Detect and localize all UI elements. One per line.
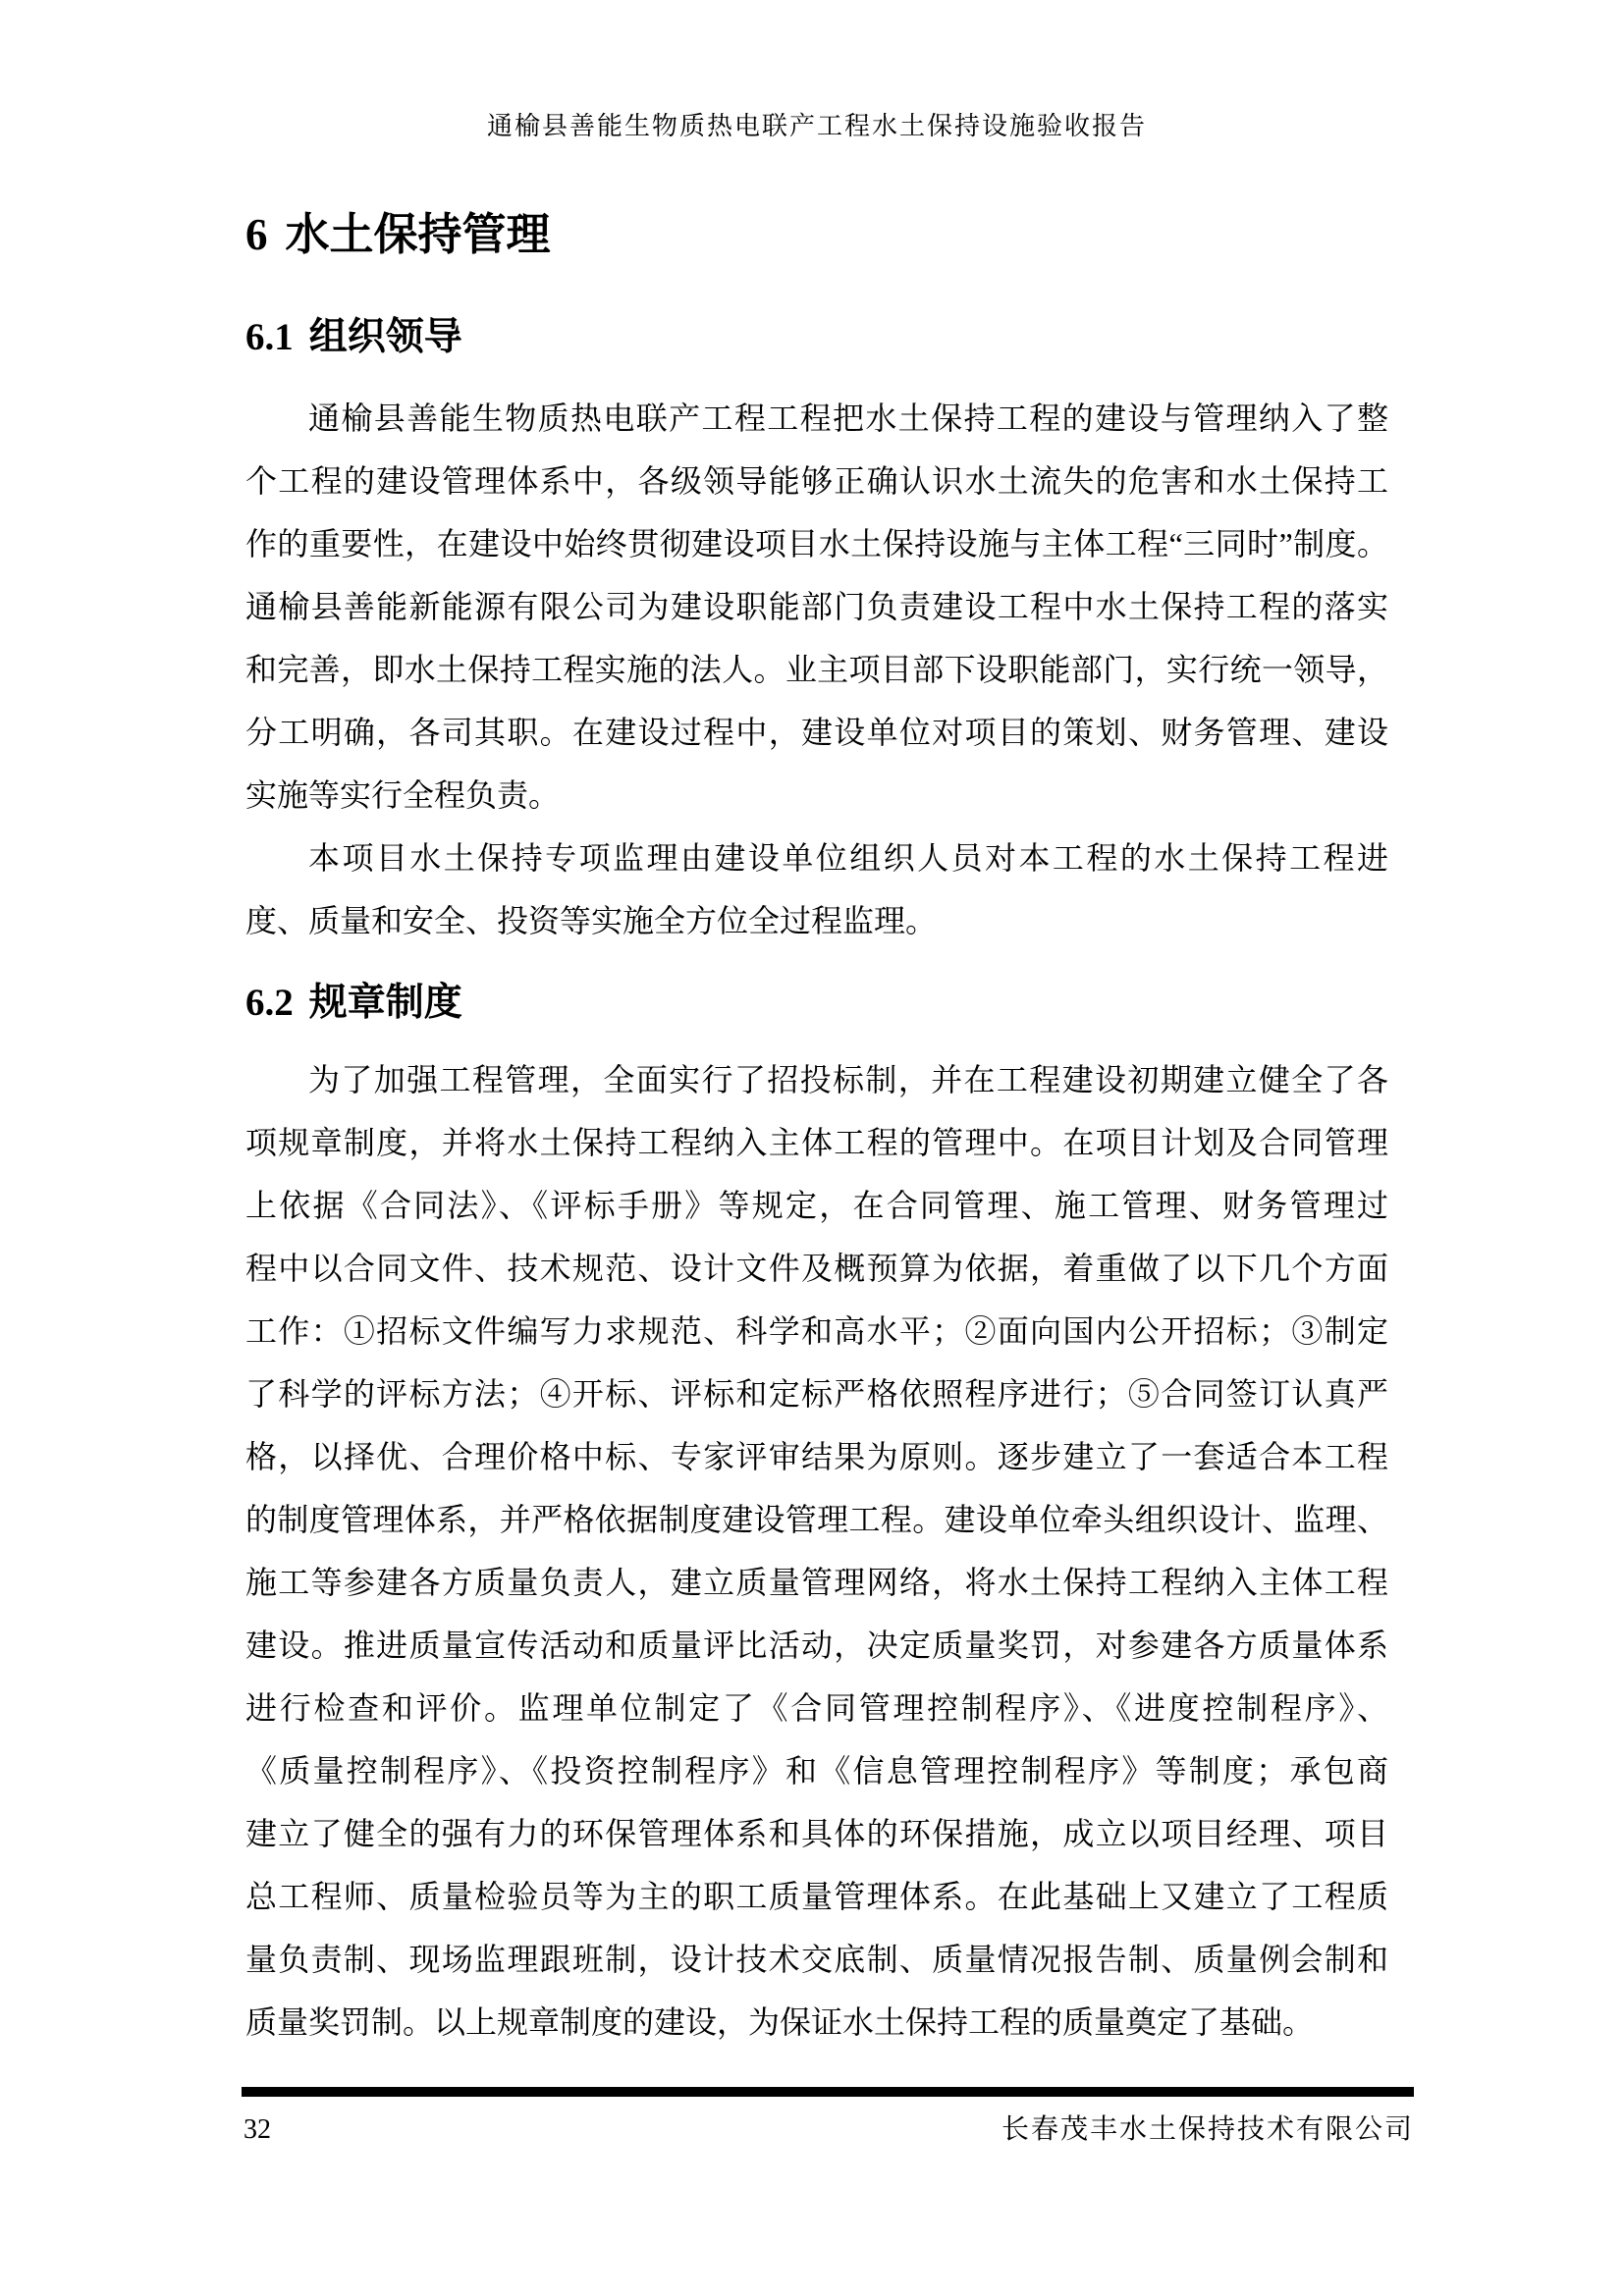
section-heading-6-1: 6.1组织领导: [245, 315, 1388, 360]
text-line: 施工等参建各方质量负责人，建立质量管理网络，将水土保持工程纳入主体工程: [245, 1551, 1388, 1614]
page-header: 通榆县善能生物质热电联产工程水土保持设施验收报告: [245, 110, 1388, 143]
chapter-number: 6: [245, 210, 268, 259]
text-line: 本项目水土保持专项监理由建设单位组织人员对本工程的水土保持工程进: [245, 827, 1388, 889]
footer-rule: [242, 2087, 1414, 2097]
section-heading-6-2: 6.2规章制度: [245, 981, 1388, 1026]
section-6-2-body: 为了加强工程管理，全面实行了招投标制，并在工程建设初期建立健全了各 项规章制度，…: [245, 1048, 1388, 2054]
text-line: 和完善，即水土保持工程实施的法人。业主项目部下设职能部门，实行统一领导，: [245, 638, 1388, 701]
text-line: 量负责制、现场监理跟班制，设计技术交底制、质量情况报告制、质量例会制和: [245, 1928, 1388, 1991]
section-number: 6.1: [245, 316, 294, 358]
page-footer: 32 长春茂丰水土保持技术有限公司: [242, 2110, 1414, 2150]
section-title: 组织领导: [309, 316, 462, 358]
text-line: 作的重要性，在建设中始终贯彻建设项目水土保持设施与主体工程“三同时”制度。: [245, 512, 1388, 575]
text-line: 通榆县善能生物质热电联产工程工程把水土保持工程的建设与管理纳入了整: [245, 387, 1388, 450]
text-line: 《质量控制程序》、《投资控制程序》和《信息管理控制程序》等制度；承包商: [245, 1739, 1388, 1802]
paragraph: 为了加强工程管理，全面实行了招投标制，并在工程建设初期建立健全了各 项规章制度，…: [245, 1048, 1388, 2054]
text-line: 总工程师、质量检验员等为主的职工质量管理体系。在此基础上又建立了工程质: [245, 1865, 1388, 1928]
text-line: 为了加强工程管理，全面实行了招投标制，并在工程建设初期建立健全了各: [245, 1048, 1388, 1111]
text-line: 项规章制度，并将水土保持工程纳入主体工程的管理中。在项目计划及合同管理: [245, 1111, 1388, 1174]
document-page: { "page_header": { "title": "通榆县善能生物质热电联…: [0, 0, 1624, 2296]
text-line: 分工明确，各司其职。在建设过程中，建设单位对项目的策划、财务管理、建设: [245, 701, 1388, 764]
paragraph: 通榆县善能生物质热电联产工程工程把水土保持工程的建设与管理纳入了整 个工程的建设…: [245, 387, 1388, 827]
text-line: 的制度管理体系，并严格依据制度建设管理工程。建设单位牵头组织设计、监理、: [245, 1488, 1388, 1551]
text-line: 上依据《合同法》、《评标手册》等规定，在合同管理、施工管理、财务管理过: [245, 1174, 1388, 1237]
paragraph: 本项目水土保持专项监理由建设单位组织人员对本工程的水土保持工程进 度、质量和安全…: [245, 827, 1388, 952]
section-title: 规章制度: [309, 982, 462, 1024]
section-6-1-body: 通榆县善能生物质热电联产工程工程把水土保持工程的建设与管理纳入了整 个工程的建设…: [245, 387, 1388, 952]
page-number: 32: [242, 2110, 271, 2150]
section-number: 6.2: [245, 982, 294, 1024]
text-line: 个工程的建设管理体系中，各级领导能够正确认识水土流失的危害和水土保持工: [245, 450, 1388, 512]
chapter-heading: 6水土保持管理: [245, 208, 1388, 261]
chapter-title: 水土保持管理: [286, 210, 551, 259]
text-line: 通榆县善能新能源有限公司为建设职能部门负责建设工程中水土保持工程的落实: [245, 575, 1388, 638]
footer-company: 长春茂丰水土保持技术有限公司: [1001, 2110, 1414, 2150]
text-line: 格，以择优、合理价格中标、专家评审结果为原则。逐步建立了一套适合本工程: [245, 1425, 1388, 1488]
text-line: 程中以合同文件、技术规范、设计文件及概预算为依据，着重做了以下几个方面: [245, 1237, 1388, 1300]
text-line: 进行检查和评价。监理单位制定了《合同管理控制程序》、《进度控制程序》、: [245, 1677, 1388, 1739]
text-line: 质量奖罚制。以上规章制度的建设，为保证水土保持工程的质量奠定了基础。: [245, 1991, 1388, 2054]
text-line: 了科学的评标方法；④开标、评标和定标严格依照程序进行；⑤合同签订认真严: [245, 1362, 1388, 1425]
text-line: 建设。推进质量宣传活动和质量评比活动，决定质量奖罚，对参建各方质量体系: [245, 1614, 1388, 1677]
page-header-title: 通榆县善能生物质热电联产工程水土保持设施验收报告: [487, 112, 1147, 140]
text-line: 实施等实行全程负责。: [245, 764, 1388, 827]
text-line: 建立了健全的强有力的环保管理体系和具体的环保措施，成立以项目经理、项目: [245, 1802, 1388, 1865]
text-line: 工作：①招标文件编写力求规范、科学和高水平；②面向国内公开招标；③制定: [245, 1300, 1388, 1362]
text-line: 度、质量和安全、投资等实施全方位全过程监理。: [245, 889, 1388, 952]
